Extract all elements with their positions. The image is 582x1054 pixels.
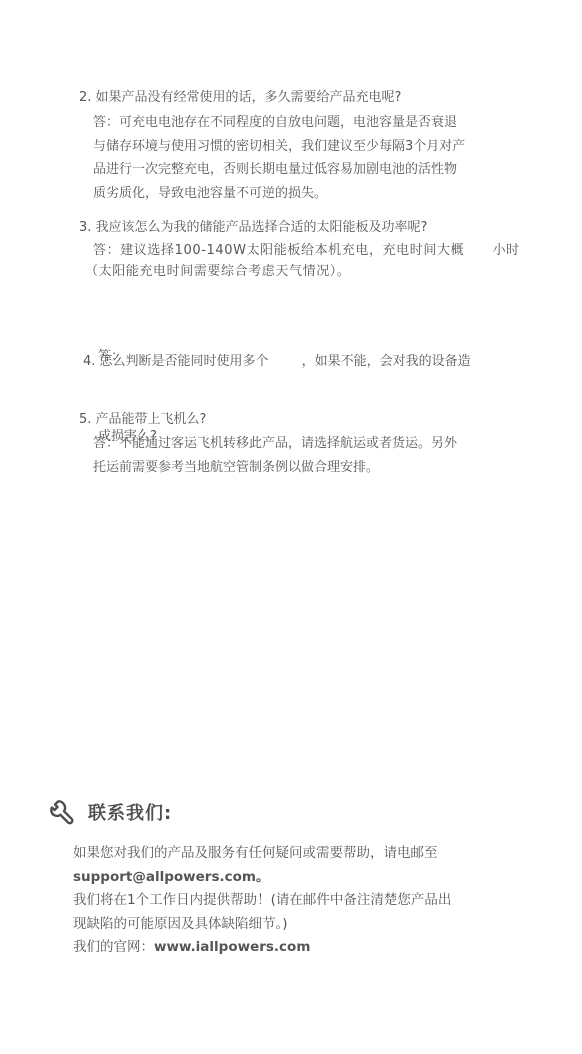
contact-intro-text: 如果您对我们的产品及服务有任何疑问或需要帮助，请电邮至 [73,842,451,866]
faq-answer-2-line: 与储存环境与使用习惯的密切相关，我们建议至少每隔3个月对产 [93,135,465,159]
faq-answer-4-line: 答： [98,345,124,369]
faq-answer-3-line: 答：建议选择100-140W太阳能板给本机充电，充电时间大概 小时 [93,240,520,261]
website-label: 我们的官网： [73,939,154,955]
faq-answer-3: 答：建议选择100-140W太阳能板给本机充电，充电时间大概 小时 （太阳能充电… [93,240,520,282]
faq-question-2: 2. 如果产品没有经常使用的话，多久需要给产品充电呢? [79,89,401,107]
faq-answer-5-line: 托运前需要参考当地航空管制条例以做合理安排。 [93,456,457,480]
faq-answer-5-line: 答：不能通过客运飞机转移此产品，请选择航运或者货运。另外 [93,432,457,456]
contact-response-text-2: 现缺陷的可能原因及具体缺陷细节。) [73,913,451,937]
email-suffix: 。 [256,869,270,885]
faq-answer-4: 答： [98,345,124,369]
wrench-icon [48,798,76,826]
faq-answer-5: 答：不能通过客运飞机转移此产品，请选择航运或者货运。另外 托运前需要参考当地航空… [93,432,457,479]
contact-website-line: 我们的官网：www.iallpowers.com [73,936,451,960]
faq-answer-3-line: （太阳能充电时间需要综合考虑天气情况）。 [85,261,520,282]
contact-header: 联系我们: [48,797,172,827]
contact-response-text: 我们将在1个工作日内提供帮助！(请在邮件中备注清楚您产品出 [73,889,451,913]
faq-answer-2-line: 品进行一次完整充电，否则长期电量过低容易加剧电池的活性物 [93,158,465,182]
faq-question-3: 3. 我应该怎么为我的储能产品选择合适的太阳能板及功率呢? [79,219,427,237]
faq-question-4-line: 4. 怎么判断是否能同时使用多个 ，如果不能，会对我的设备造 [83,349,471,374]
faq-answer-2-line: 质劣质化，导致电池容量不可逆的损失。 [93,182,465,206]
website-link[interactable]: www.iallpowers.com [154,939,310,955]
faq-question-5: 5. 产品能带上飞机么? [79,411,206,429]
contact-body: 如果您对我们的产品及服务有任何疑问或需要帮助，请电邮至 support@allp… [73,842,451,960]
contact-email-line: support@allpowers.com。 [73,866,451,890]
faq-answer-2-line: 答：可充电电池存在不同程度的自放电问题，电池容量是否衰退 [93,111,465,135]
contact-title: 联系我们: [88,799,172,825]
support-email-link[interactable]: support@allpowers.com [73,869,256,885]
faq-answer-2: 答：可充电电池存在不同程度的自放电问题，电池容量是否衰退 与储存环境与使用习惯的… [93,111,465,205]
